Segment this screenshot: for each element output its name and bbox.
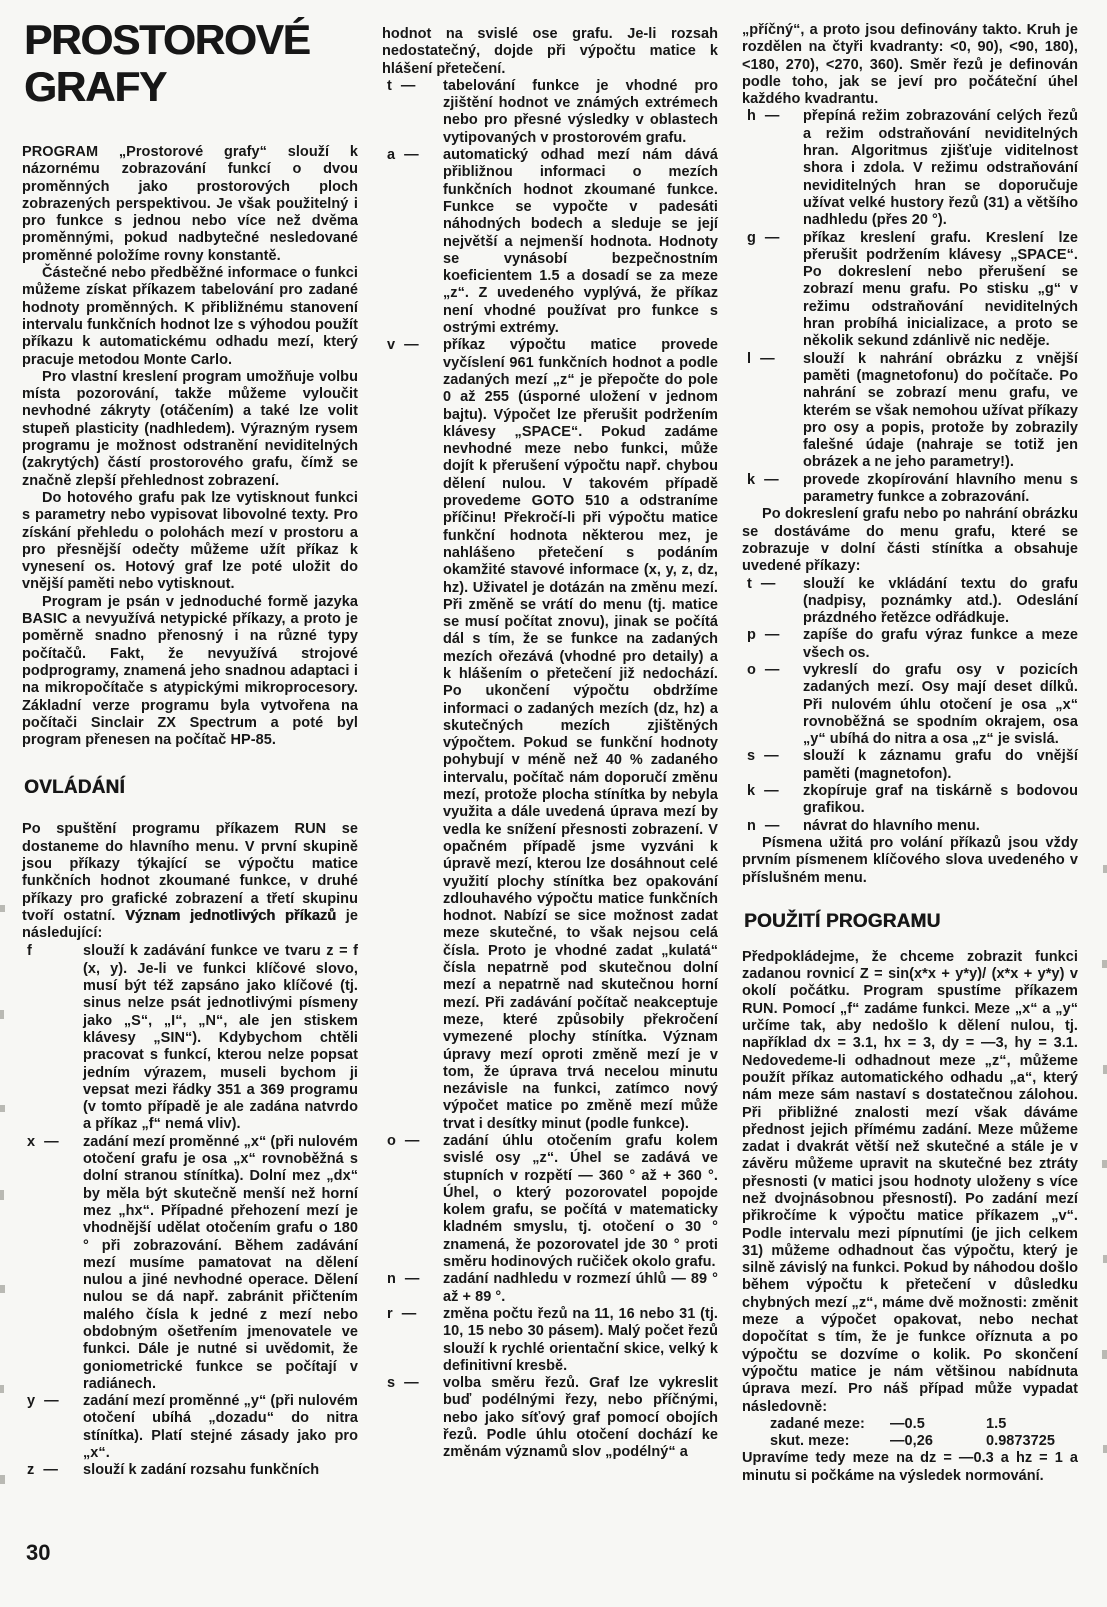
scan-artifact <box>1103 1255 1107 1263</box>
article-title-line2: GRAFY <box>24 63 358 110</box>
command-item-x: x— zadání mezí proměnné „x“ (při nulovém… <box>22 1134 358 1393</box>
command-key: y— <box>22 1393 83 1462</box>
command-key: o— <box>382 1133 443 1271</box>
limits-label: skut. meze: <box>770 1433 890 1450</box>
command-description: slouží k záznamu grafu do vnější paměti … <box>803 748 1078 783</box>
magazine-page: PROSTOROVÉ GRAFY PROGRAM „Prostorové gra… <box>0 0 1107 1607</box>
command-item-l: l— slouží k nahrání obrázku z vnější pam… <box>742 351 1078 472</box>
command-description: zapíše do grafu výraz funkce a meze všec… <box>803 627 1078 662</box>
article-title-line1: PROSTOROVÉ <box>24 16 358 63</box>
command-description: volba směru řezů. Graf lze vykreslit buď… <box>443 1375 718 1461</box>
section-heading-pouziti: POUŽITÍ PROGRAMU <box>744 911 1078 933</box>
command-key: n— <box>382 1271 443 1306</box>
paragraph: Do hotového grafu pak lze vytisknout fun… <box>22 490 358 594</box>
article-title: PROSTOROVÉ GRAFY <box>24 16 358 110</box>
limits-upper-value: 1.5 <box>986 1416 1006 1433</box>
command-description: příkaz výpočtu matice provede vyčíslení … <box>443 337 718 1133</box>
command-key: v— <box>382 337 443 1133</box>
paragraph: Předpokládejme, že chceme zobrazit funkc… <box>742 949 1078 1416</box>
scan-artifact <box>0 1190 4 1200</box>
command-key: z— <box>22 1462 83 1479</box>
article-columns: PROSTOROVÉ GRAFY PROGRAM „Prostorové gra… <box>22 0 1078 1485</box>
paragraph: Po spuštění programu příkazem RUN se dos… <box>22 821 358 942</box>
command-item-o: o— zadání úhlu otočením grafu kolem svis… <box>382 1133 718 1271</box>
graph-menu-command-s: s— slouží k záznamu grafu do vnější pamě… <box>742 748 1078 783</box>
limits-upper-value: 0.9873725 <box>986 1433 1055 1450</box>
limits-lower-value: —0,26 <box>890 1433 986 1450</box>
command-description: příkaz kreslení grafu. Kreslení lze přer… <box>803 230 1078 351</box>
scan-artifact <box>0 1385 4 1393</box>
command-description: vykreslí do grafu osy v pozicích zadanýc… <box>803 662 1078 748</box>
graph-menu-command-t: t— slouží ke vkládání textu do grafu (na… <box>742 576 1078 628</box>
command-description: automatický odhad mezí nám dává přibližn… <box>443 147 718 337</box>
command-key: a— <box>382 147 443 337</box>
command-description: tabelování funkce je vhodné pro zjištění… <box>443 78 718 147</box>
scan-artifact <box>1102 1160 1107 1168</box>
command-description: přepíná režim zobrazování celých řezů a … <box>803 108 1078 229</box>
command-key: k— <box>742 472 803 507</box>
command-description: zadání úhlu otočením grafu kolem svislé … <box>443 1133 718 1271</box>
command-key: t— <box>382 78 443 147</box>
command-key: x— <box>22 1134 83 1393</box>
command-description: slouží k nahrání obrázku z vnější paměti… <box>803 351 1078 472</box>
continuation-paragraph: hodnot na svislé ose grafu. Je-li rozsah… <box>382 26 718 78</box>
command-key: o— <box>742 662 803 748</box>
continuation-paragraph: „příčný“, a proto jsou definovány takto.… <box>742 22 1078 108</box>
command-key: s— <box>742 748 803 783</box>
command-item-k: k— provede zkopírování hlavního menu s p… <box>742 472 1078 507</box>
paragraph: Pro vlastní kreslení program umožňuje vo… <box>22 369 358 490</box>
paragraph: Částečné nebo předběžné informace o funk… <box>22 265 358 369</box>
graph-menu-command-n: n— návrat do hlavního menu. <box>742 818 1078 835</box>
scan-artifact <box>1103 1065 1107 1074</box>
command-key: r— <box>382 1306 443 1375</box>
scan-artifact <box>0 1105 5 1112</box>
command-item-a: a— automatický odhad mezí nám dává přibl… <box>382 147 718 337</box>
scan-artifact <box>1103 1445 1107 1453</box>
paragraph: Písmena užitá pro volání příkazů jsou vž… <box>742 835 1078 887</box>
command-description: zadání nadhledu v rozmezí úhlů — 89 ° až… <box>443 1271 718 1306</box>
column-right: „příčný“, a proto jsou definovány takto.… <box>742 0 1078 1485</box>
graph-menu-command-p: p— zapíše do grafu výraz funkce a meze v… <box>742 627 1078 662</box>
command-key: g— <box>742 230 803 351</box>
command-key: l— <box>742 351 803 472</box>
command-key: k— <box>742 783 803 818</box>
command-description: zkopíruje graf na tiskárně s bodovou gra… <box>803 783 1078 818</box>
command-item-t: t— tabelování funkce je vhodné pro zjišt… <box>382 78 718 147</box>
column-middle: hodnot na svislé ose grafu. Je-li rozsah… <box>382 0 718 1485</box>
command-item-r: r— změna počtu řezů na 11, 16 nebo 31 (t… <box>382 1306 718 1375</box>
command-description: změna počtu řezů na 11, 16 nebo 31 (tj. … <box>443 1306 718 1375</box>
limits-lower-value: —0.5 <box>890 1416 986 1433</box>
command-key: s— <box>382 1375 443 1461</box>
scan-artifact <box>1103 865 1107 873</box>
page-number: 30 <box>26 1540 50 1566</box>
scan-artifact <box>0 1010 4 1019</box>
paragraph-run-bold: Význam jednotlivých příkazů <box>125 908 336 924</box>
command-key: f <box>22 943 83 1133</box>
limits-row-actual: skut. meze: —0,26 0.9873725 <box>742 1433 1078 1450</box>
command-item-g: g— příkaz kreslení grafu. Kreslení lze p… <box>742 230 1078 351</box>
graph-menu-command-o: o— vykreslí do grafu osy v pozicích zada… <box>742 662 1078 748</box>
scan-artifact <box>0 1285 5 1293</box>
command-description: slouží k zadávání funkce ve tvaru z = f … <box>83 943 358 1133</box>
command-description: návrat do hlavního menu. <box>803 818 1078 835</box>
command-item-s: s— volba směru řezů. Graf lze vykreslit … <box>382 1375 718 1461</box>
paragraph: Program je psán v jednoduché formě jazyk… <box>22 594 358 750</box>
lead-paragraph: PROGRAM „Prostorové grafy“ slouží k názo… <box>22 144 358 265</box>
command-description: zadání mezí proměnné „y“ (při nulovém ot… <box>83 1393 358 1462</box>
column-left: PROSTOROVÉ GRAFY PROGRAM „Prostorové gra… <box>22 0 358 1485</box>
command-key: n— <box>742 818 803 835</box>
scan-artifact <box>1102 1350 1107 1359</box>
command-item-h: h— přepíná režim zobrazování celých řezů… <box>742 108 1078 229</box>
command-key: h— <box>742 108 803 229</box>
scan-artifact <box>1102 960 1107 968</box>
paragraph: Upravíme tedy meze na dz = —0.3 a hz = 1… <box>742 1450 1078 1485</box>
command-description: slouží ke vkládání textu do grafu (nadpi… <box>803 576 1078 628</box>
scan-artifact <box>0 905 5 912</box>
command-item-z: z— slouží k zadání rozsahu funkčních <box>22 1462 358 1479</box>
limits-label: zadané meze: <box>770 1416 890 1433</box>
graph-menu-command-k: k— zkopíruje graf na tiskárně s bodovou … <box>742 783 1078 818</box>
limits-row-entered: zadané meze: —0.5 1.5 <box>742 1416 1078 1433</box>
section-heading-ovladani: OVLÁDÁNÍ <box>24 777 358 799</box>
command-description: provede zkopírování hlavního menu s para… <box>803 472 1078 507</box>
command-item-y: y— zadání mezí proměnné „y“ (při nulovém… <box>22 1393 358 1462</box>
command-description: zadání mezí proměnné „x“ (při nulovém ot… <box>83 1134 358 1393</box>
command-description: slouží k zadání rozsahu funkčních <box>83 1462 358 1479</box>
command-key: p— <box>742 627 803 662</box>
command-item-v: v— příkaz výpočtu matice provede vyčísle… <box>382 337 718 1133</box>
paragraph: Po dokreslení grafu nebo po nahrání obrá… <box>742 506 1078 575</box>
command-item-n: n— zadání nadhledu v rozmezí úhlů — 89 °… <box>382 1271 718 1306</box>
command-item-f: f slouží k zadávání funkce ve tvaru z = … <box>22 943 358 1133</box>
command-key: t— <box>742 576 803 628</box>
scan-artifact <box>0 1475 5 1484</box>
